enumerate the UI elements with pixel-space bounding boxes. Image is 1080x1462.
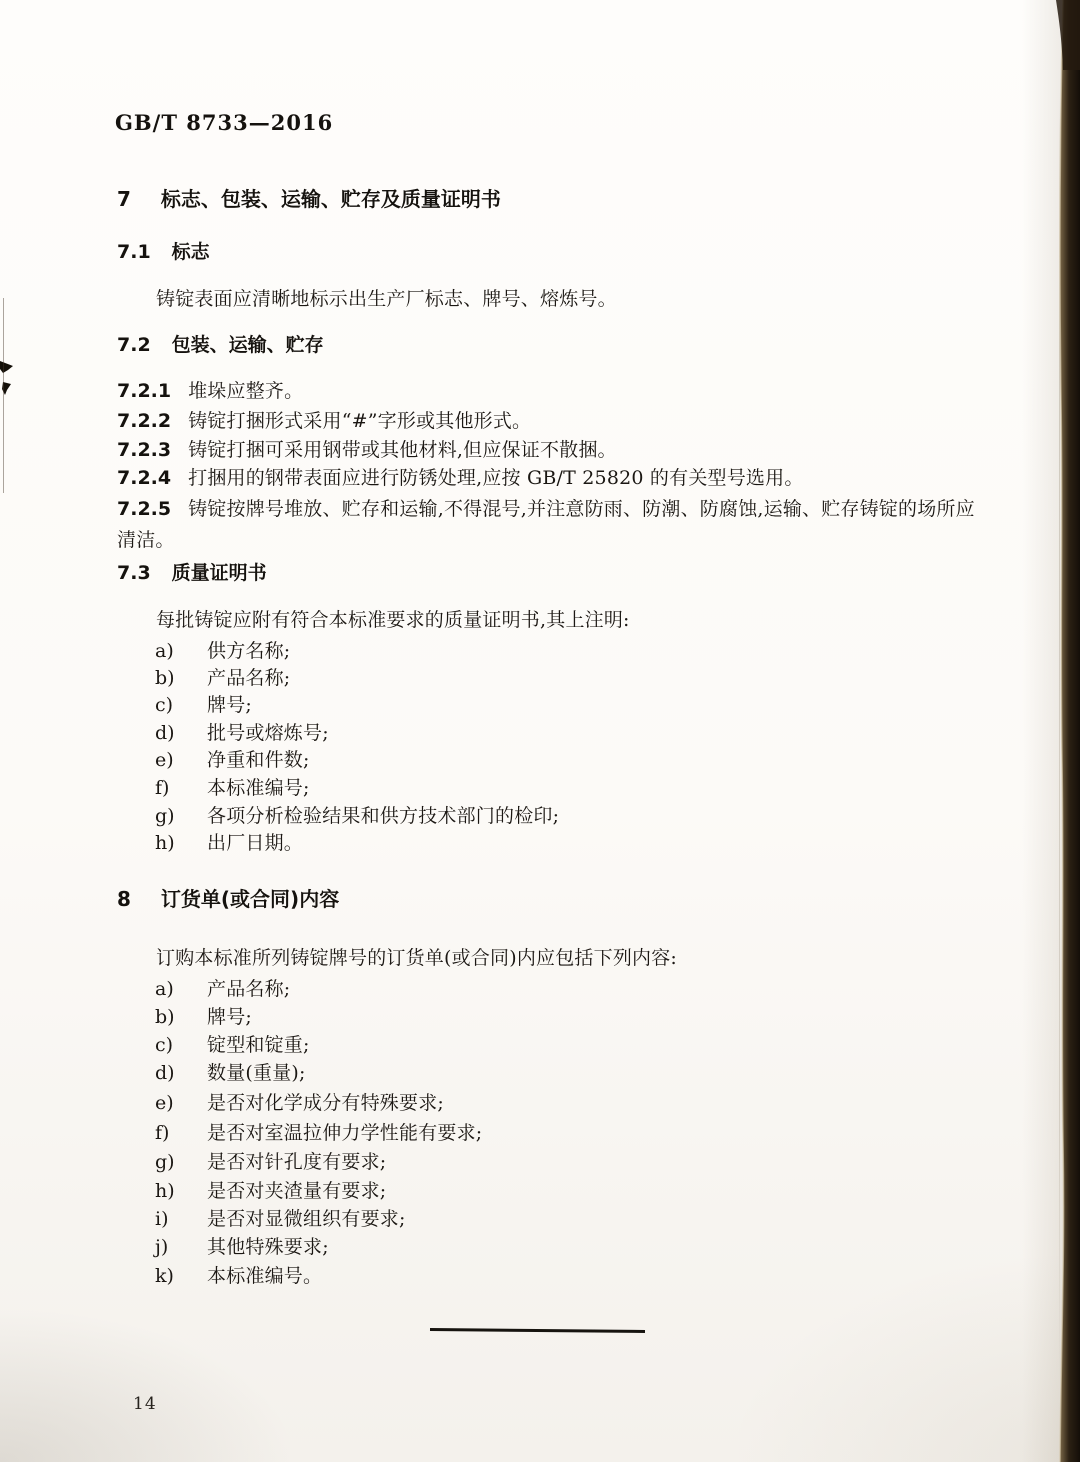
item-text: 各项分析检验结果和供方技术部门的检印; [207,805,559,827]
item-text: 牌号; [207,694,252,716]
list-item: e)净重和件数; [155,749,310,773]
standard-code-header: GB/T 8733—2016 [115,110,333,136]
clause-number: 7.2.2 [117,410,171,434]
item-text: 是否对针孔度有要求; [207,1151,386,1173]
section-7-heading: 7标志、包装、运输、贮存及质量证明书 [117,187,501,212]
item-letter: g) [155,1151,207,1175]
section-title: 标志、包装、运输、贮存及质量证明书 [161,187,501,211]
page-number: 14 [133,1394,157,1415]
section-7-2-heading: 7.2包装、运输、贮存 [117,334,324,358]
subsection-title: 质量证明书 [172,562,267,584]
page-curl-shadow [1022,0,1068,1462]
scanned-page-right-edge [1050,0,1080,1462]
clause-7-2-1: 7.2.1堆垛应整齐。 [117,380,303,404]
item-text: 出厂日期。 [207,832,303,854]
item-text: 本标准编号; [207,777,310,799]
item-letter: e) [155,1092,207,1116]
subsection-number: 7.3 [117,562,151,586]
clause-text: 铸锭打捆形式采用“#”字形或其他形式。 [188,410,531,432]
item-text: 批号或熔炼号; [207,722,329,744]
item-text: 本标准编号。 [207,1265,322,1287]
clause-text: 铸锭打捆可采用钢带或其他材料,但应保证不散捆。 [188,439,617,461]
list-item: j)其他特殊要求; [155,1236,329,1260]
item-text: 数量(重量); [207,1062,306,1084]
scanned-standard-page: GB/T 8733—2016 7标志、包装、运输、贮存及质量证明书 7.1标志 … [0,0,1080,1462]
clause-text: 堆垛应整齐。 [188,380,303,402]
paragraph-7-1: 铸锭表面应清晰地标示出生产厂标志、牌号、熔炼号。 [156,288,617,312]
list-item: a)产品名称; [155,978,290,1002]
item-letter: f) [155,1122,207,1146]
subsection-number: 7.2 [117,334,151,358]
item-text: 是否对夹渣量有要求; [207,1180,386,1202]
list-item: d)批号或熔炼号; [155,722,329,746]
subsection-title: 包装、运输、贮存 [172,334,324,356]
item-letter: g) [155,805,207,829]
list-item: b)产品名称; [155,667,290,691]
item-letter: k) [155,1265,207,1289]
section-8-heading: 8订货单(或合同)内容 [117,887,339,912]
item-letter: j) [155,1236,207,1260]
section-7-3-heading: 7.3质量证明书 [117,562,267,586]
item-letter: a) [155,640,207,664]
paragraph-8-intro: 订购本标准所列铸锭牌号的订货单(或合同)内应包括下列内容: [156,947,677,971]
clause-7-2-3: 7.2.3铸锭打捆可采用钢带或其他材料,但应保证不散捆。 [117,439,617,463]
subsection-number: 7.1 [117,241,151,265]
item-text: 是否对化学成分有特殊要求; [207,1092,444,1114]
item-letter: i) [155,1208,207,1232]
item-letter: a) [155,978,207,1002]
item-letter: h) [155,832,207,856]
list-item: b)牌号; [155,1006,252,1030]
list-item: e)是否对化学成分有特殊要求; [155,1092,444,1116]
list-item: f)是否对室温拉伸力学性能有要求; [155,1122,482,1146]
item-text: 其他特殊要求; [207,1236,329,1258]
clause-number: 7.2.4 [117,467,171,491]
list-item: k)本标准编号。 [155,1265,322,1289]
item-text: 净重和件数; [207,749,310,771]
list-item: c)牌号; [155,694,252,718]
clause-7-2-2: 7.2.2铸锭打捆形式采用“#”字形或其他形式。 [117,410,531,434]
clause-number: 7.2.3 [117,439,171,463]
clause-text: 铸锭按牌号堆放、贮存和运输,不得混号,并注意防雨、防潮、防腐蚀,运输、贮存铸锭的… [188,498,975,520]
item-text: 是否对室温拉伸力学性能有要求; [207,1122,482,1144]
section-end-rule [430,1328,645,1333]
list-item: a)供方名称; [155,640,290,664]
item-letter: c) [155,1034,207,1058]
item-letter: d) [155,722,207,746]
list-item: h)是否对夹渣量有要求; [155,1180,386,1204]
list-item: g)各项分析检验结果和供方技术部门的检印; [155,805,559,829]
item-letter: b) [155,667,207,691]
item-letter: f) [155,777,207,801]
item-letter: d) [155,1062,207,1086]
subsection-title: 标志 [172,241,210,263]
item-text: 供方名称; [207,640,290,662]
clause-number: 7.2.5 [117,498,171,522]
clause-7-2-5: 7.2.5铸锭按牌号堆放、贮存和运输,不得混号,并注意防雨、防潮、防腐蚀,运输、… [117,498,975,522]
clause-7-2-4: 7.2.4打捆用的钢带表面应进行防锈处理,应按 GB/T 25820 的有关型号… [117,467,804,491]
item-text: 产品名称; [207,667,290,689]
list-item: d)数量(重量); [155,1062,306,1086]
section-7-1-heading: 7.1标志 [117,241,210,265]
section-number: 7 [117,187,131,212]
list-item: f)本标准编号; [155,777,310,801]
item-letter: b) [155,1006,207,1030]
item-text: 是否对显微组织有要求; [207,1208,406,1230]
list-item: h)出厂日期。 [155,832,303,856]
list-item: g)是否对针孔度有要求; [155,1151,386,1175]
item-letter: h) [155,1180,207,1204]
item-letter: c) [155,694,207,718]
list-item: c)锭型和锭重; [155,1034,310,1058]
paper-crease [1059,90,1060,1390]
clause-7-2-5-continued: 清洁。 [117,529,175,553]
scan-scratch-line [3,298,4,493]
item-text: 锭型和锭重; [207,1034,310,1056]
item-letter: e) [155,749,207,773]
item-text: 产品名称; [207,978,290,1000]
section-title: 订货单(或合同)内容 [161,887,339,911]
item-text: 牌号; [207,1006,252,1028]
clause-number: 7.2.1 [117,380,171,404]
paragraph-7-3-intro: 每批铸锭应附有符合本标准要求的质量证明书,其上注明: [156,609,630,633]
clause-text: 打捆用的钢带表面应进行防锈处理,应按 GB/T 25820 的有关型号选用。 [188,467,803,489]
section-number: 8 [117,887,131,912]
list-item: i)是否对显微组织有要求; [155,1208,406,1232]
